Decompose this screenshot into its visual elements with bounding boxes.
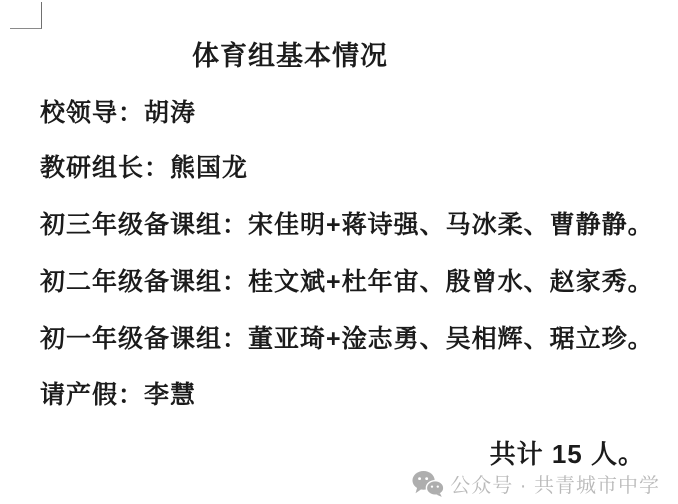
line-grade7-prep-group: 初一年级备课组：董亚琦+淦志勇、吴相辉、琚立珍。 (40, 326, 654, 354)
line-maternity-leave: 请产假：李慧 (40, 382, 196, 410)
page-title: 体育组基本情况 (192, 42, 388, 72)
line-research-group-head: 教研组长：熊国龙 (40, 155, 248, 183)
total-count: 共计 15 人。 (490, 440, 645, 469)
line-school-leader: 校领导：胡涛 (40, 100, 196, 128)
watermark-text: 公众号 · 共青城市中学 (450, 469, 660, 498)
document-page: 体育组基本情况 校领导：胡涛 教研组长：熊国龙 初三年级备课组：宋佳明+蒋诗强、… (0, 0, 678, 504)
line-grade9-prep-group: 初三年级备课组：宋佳明+蒋诗强、马冰柔、曹静静。 (40, 212, 654, 240)
line-grade8-prep-group: 初二年级备课组：桂文斌+杜年宙、殷曾水、赵家秀。 (40, 269, 654, 297)
page-corner-mark (10, 2, 42, 29)
wechat-icon (412, 470, 444, 497)
watermark: 公众号 · 共青城市中学 (412, 469, 660, 498)
